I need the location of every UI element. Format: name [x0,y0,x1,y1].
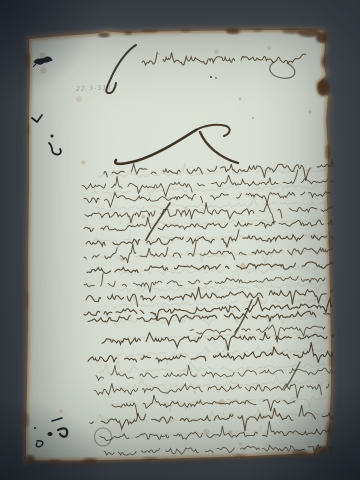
paper-sheet [26,30,331,461]
manuscript-scan: 22.3-311 [0,0,360,480]
manuscript-photo: 22.3-311 [0,0,360,480]
